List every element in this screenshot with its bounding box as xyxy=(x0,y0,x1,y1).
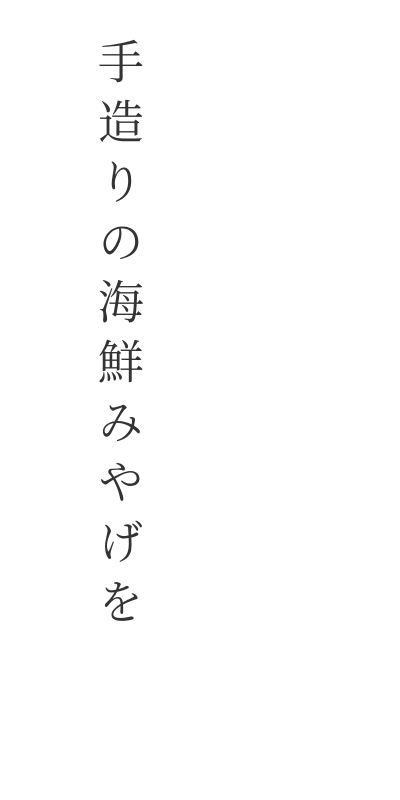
vertical-heading: 手造りの海鮮みやげを xyxy=(95,38,141,658)
page-background: 手造りの海鮮みやげを xyxy=(0,0,400,800)
